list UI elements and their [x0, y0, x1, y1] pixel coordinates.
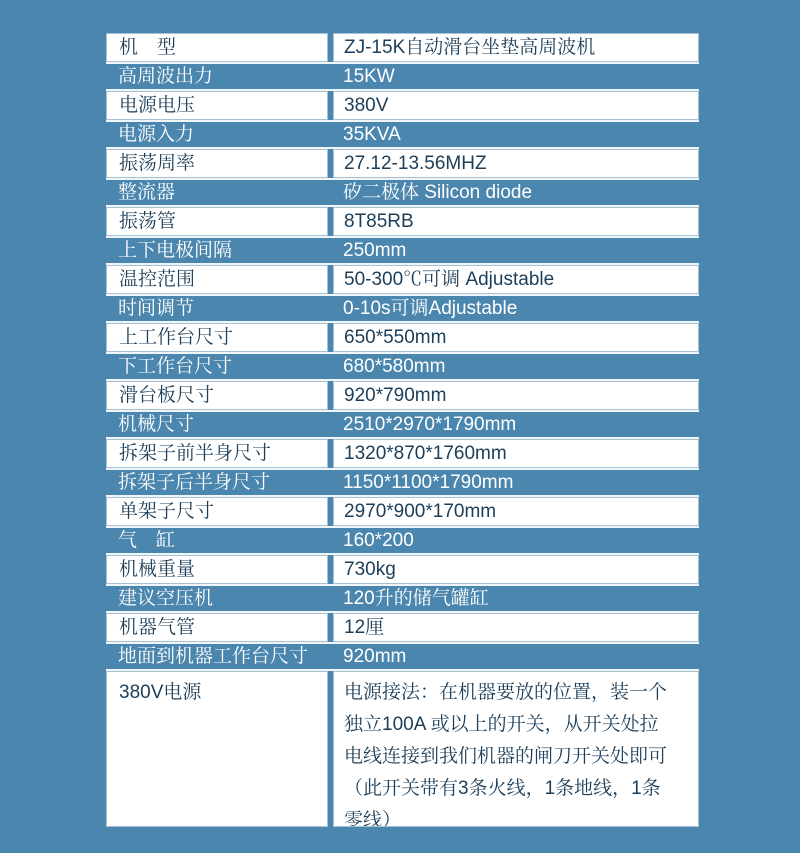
- spec-value: 920*790mm: [333, 381, 699, 410]
- spec-label: 拆架子前半身尺寸: [106, 439, 328, 468]
- table-row: 机械重量730kg: [106, 555, 699, 584]
- spec-value: 1320*870*1760mm: [333, 439, 699, 468]
- table-row: 机械尺寸2510*2970*1790mm: [106, 410, 699, 439]
- spec-label: 机械尺寸: [106, 412, 328, 437]
- spec-table: 机 型ZJ-15K自动滑台坐垫高周波机高周波出力15KW电源电压380V电源入力…: [106, 33, 699, 827]
- table-row: 拆架子后半身尺寸1150*1100*1790mm: [106, 468, 699, 497]
- table-row: 温控范围50-300℃可调 Adjustable: [106, 265, 699, 294]
- table-row: 拆架子前半身尺寸1320*870*1760mm: [106, 439, 699, 468]
- table-row: 气 缸160*200: [106, 526, 699, 555]
- spec-label: 建议空压机: [106, 586, 328, 611]
- spec-value: 250mm: [333, 238, 699, 263]
- spec-label: 上下电极间隔: [106, 238, 328, 263]
- spec-value: 电源接法：在机器要放的位置，装一个 独立100A 或以上的开关，从开关处拉 电线…: [333, 671, 699, 827]
- table-row: 时间调节0-10s可调Adjustable: [106, 294, 699, 323]
- spec-label: 机械重量: [106, 555, 328, 584]
- spec-value: 8T85RB: [333, 207, 699, 236]
- spec-value: 1150*1100*1790mm: [333, 470, 699, 495]
- spec-value: 50-300℃可调 Adjustable: [333, 265, 699, 294]
- spec-value: 27.12-13.56MHZ: [333, 149, 699, 178]
- spec-value: 120升的储气罐缸: [333, 586, 699, 611]
- table-row: 380V电源电源接法：在机器要放的位置，装一个 独立100A 或以上的开关，从开…: [106, 671, 699, 827]
- spec-label: 高周波出力: [106, 64, 328, 89]
- spec-value: 0-10s可调Adjustable: [333, 296, 699, 321]
- spec-label: 滑台板尺寸: [106, 381, 328, 410]
- spec-value: 15KW: [333, 64, 699, 89]
- spec-label: 拆架子后半身尺寸: [106, 470, 328, 495]
- spec-label: 下工作台尺寸: [106, 354, 328, 379]
- table-row: 上工作台尺寸650*550mm: [106, 323, 699, 352]
- spec-label: 气 缸: [106, 528, 328, 553]
- spec-value: 12厘: [333, 613, 699, 642]
- spec-label: 机 型: [106, 33, 328, 62]
- spec-label: 电源入力: [106, 122, 328, 147]
- spec-value: 680*580mm: [333, 354, 699, 379]
- spec-label: 机器气管: [106, 613, 328, 642]
- spec-label: 整流器: [106, 180, 328, 205]
- table-row: 上下电极间隔250mm: [106, 236, 699, 265]
- spec-value: 35KVA: [333, 122, 699, 147]
- table-row: 机器气管12厘: [106, 613, 699, 642]
- table-row: 单架子尺寸2970*900*170mm: [106, 497, 699, 526]
- spec-label: 单架子尺寸: [106, 497, 328, 526]
- spec-label: 电源电压: [106, 91, 328, 120]
- table-row: 地面到机器工作台尺寸920mm: [106, 642, 699, 671]
- table-row: 整流器矽二极体 Silicon diode: [106, 178, 699, 207]
- table-row: 电源入力35KVA: [106, 120, 699, 149]
- spec-label: 时间调节: [106, 296, 328, 321]
- spec-value: 2510*2970*1790mm: [333, 412, 699, 437]
- spec-label: 振荡管: [106, 207, 328, 236]
- table-row: 下工作台尺寸680*580mm: [106, 352, 699, 381]
- spec-value: 160*200: [333, 528, 699, 553]
- spec-label: 温控范围: [106, 265, 328, 294]
- spec-value: 矽二极体 Silicon diode: [333, 180, 699, 205]
- spec-value: ZJ-15K自动滑台坐垫高周波机: [333, 33, 699, 62]
- spec-value: 650*550mm: [333, 323, 699, 352]
- spec-label: 振荡周率: [106, 149, 328, 178]
- table-row: 机 型ZJ-15K自动滑台坐垫高周波机: [106, 33, 699, 62]
- table-row: 振荡周率27.12-13.56MHZ: [106, 149, 699, 178]
- table-row: 电源电压380V: [106, 91, 699, 120]
- table-row: 高周波出力15KW: [106, 62, 699, 91]
- table-row: 滑台板尺寸920*790mm: [106, 381, 699, 410]
- spec-value: 380V: [333, 91, 699, 120]
- spec-label: 380V电源: [106, 671, 328, 827]
- spec-value: 730kg: [333, 555, 699, 584]
- table-row: 建议空压机120升的储气罐缸: [106, 584, 699, 613]
- spec-value: 920mm: [333, 644, 699, 669]
- table-row: 振荡管8T85RB: [106, 207, 699, 236]
- spec-label: 地面到机器工作台尺寸: [106, 644, 328, 669]
- spec-label: 上工作台尺寸: [106, 323, 328, 352]
- spec-value: 2970*900*170mm: [333, 497, 699, 526]
